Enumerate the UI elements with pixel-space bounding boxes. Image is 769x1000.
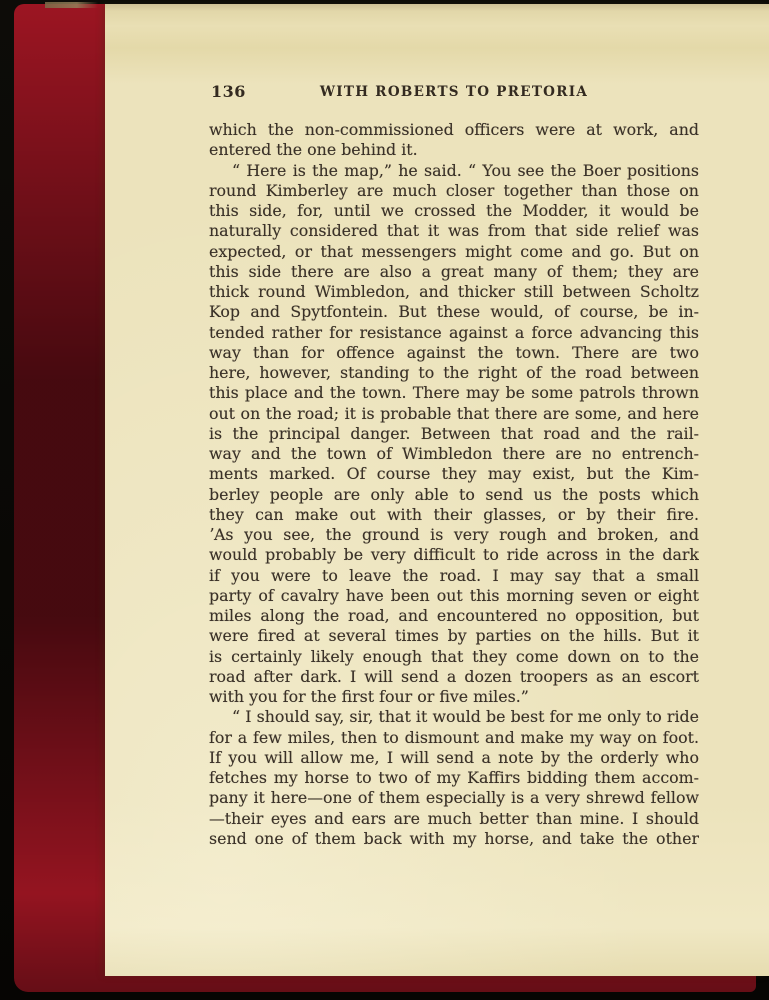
text-line: this side, for, until we crossed the Mod… bbox=[209, 201, 699, 221]
text-line: out on the road; it is probable that the… bbox=[209, 404, 699, 424]
text-line: send one of them back with my horse, and… bbox=[209, 829, 699, 849]
running-title: WITH ROBERTS TO PRETORIA bbox=[209, 82, 699, 100]
text-line: is certainly likely enough that they com… bbox=[209, 647, 699, 667]
text-line: berley people are only able to send us t… bbox=[209, 485, 699, 505]
text-line: with you for the first four or five mile… bbox=[209, 687, 699, 707]
text-line: expected, or that messengers might come … bbox=[209, 242, 699, 262]
text-line: here, however, standing to the right of … bbox=[209, 363, 699, 383]
text-line: thick round Wimbledon, and thicker still… bbox=[209, 282, 699, 302]
text-line: road after dark. I will send a dozen tro… bbox=[209, 667, 699, 687]
text-line: entered the one behind it. bbox=[209, 140, 699, 160]
text-line: party of cavalry have been out this morn… bbox=[209, 586, 699, 606]
text-line: If you will allow me, I will send a note… bbox=[209, 748, 699, 768]
text-line: round Kimberley are much closer together… bbox=[209, 181, 699, 201]
text-line: fetches my horse to two of my Kaffirs bi… bbox=[209, 768, 699, 788]
body-text: which the non-commissioned officers were… bbox=[209, 120, 699, 849]
text-line: tended rather for resistance against a f… bbox=[209, 323, 699, 343]
text-line: —their eyes and ears are much better tha… bbox=[209, 809, 699, 829]
page-edge-stack bbox=[37, 2, 113, 978]
text-line: naturally considered that it was from th… bbox=[209, 221, 699, 241]
text-line: “ Here is the map,” he said. “ You see t… bbox=[209, 161, 699, 181]
text-line: this place and the town. There may be so… bbox=[209, 383, 699, 403]
text-line: ʼAs you see, the ground is very rough an… bbox=[209, 525, 699, 545]
text-line: if you were to leave the road. I may say… bbox=[209, 566, 699, 586]
text-line: way than for offence against the town. T… bbox=[209, 343, 699, 363]
text-line: which the non-commissioned officers were… bbox=[209, 120, 699, 140]
text-line: is the principal danger. Between that ro… bbox=[209, 424, 699, 444]
text-line: Kop and Spytfontein. But these would, of… bbox=[209, 302, 699, 322]
page-header: 136 WITH ROBERTS TO PRETORIA bbox=[209, 82, 699, 104]
book-photo: 136 WITH ROBERTS TO PRETORIA · which the… bbox=[0, 0, 769, 1000]
text-line: pany it here—one of them especially is a… bbox=[209, 788, 699, 808]
text-line: miles along the road, and encountered no… bbox=[209, 606, 699, 626]
text-line: would probably be very difficult to ride… bbox=[209, 545, 699, 565]
text-line: “ I should say, sir, that it would be be… bbox=[209, 707, 699, 727]
text-line: ments marked. Of course they may exist, … bbox=[209, 464, 699, 484]
text-line: this side there are also a great many of… bbox=[209, 262, 699, 282]
text-line: for a few miles, then to dismount and ma… bbox=[209, 728, 699, 748]
text-line: way and the town of Wimbledon there are … bbox=[209, 444, 699, 464]
text-line: they can make out with their glasses, or… bbox=[209, 505, 699, 525]
page-number: 136 bbox=[211, 82, 246, 101]
text-line: were fired at several times by parties o… bbox=[209, 626, 699, 646]
book-page: 136 WITH ROBERTS TO PRETORIA · which the… bbox=[105, 4, 769, 976]
